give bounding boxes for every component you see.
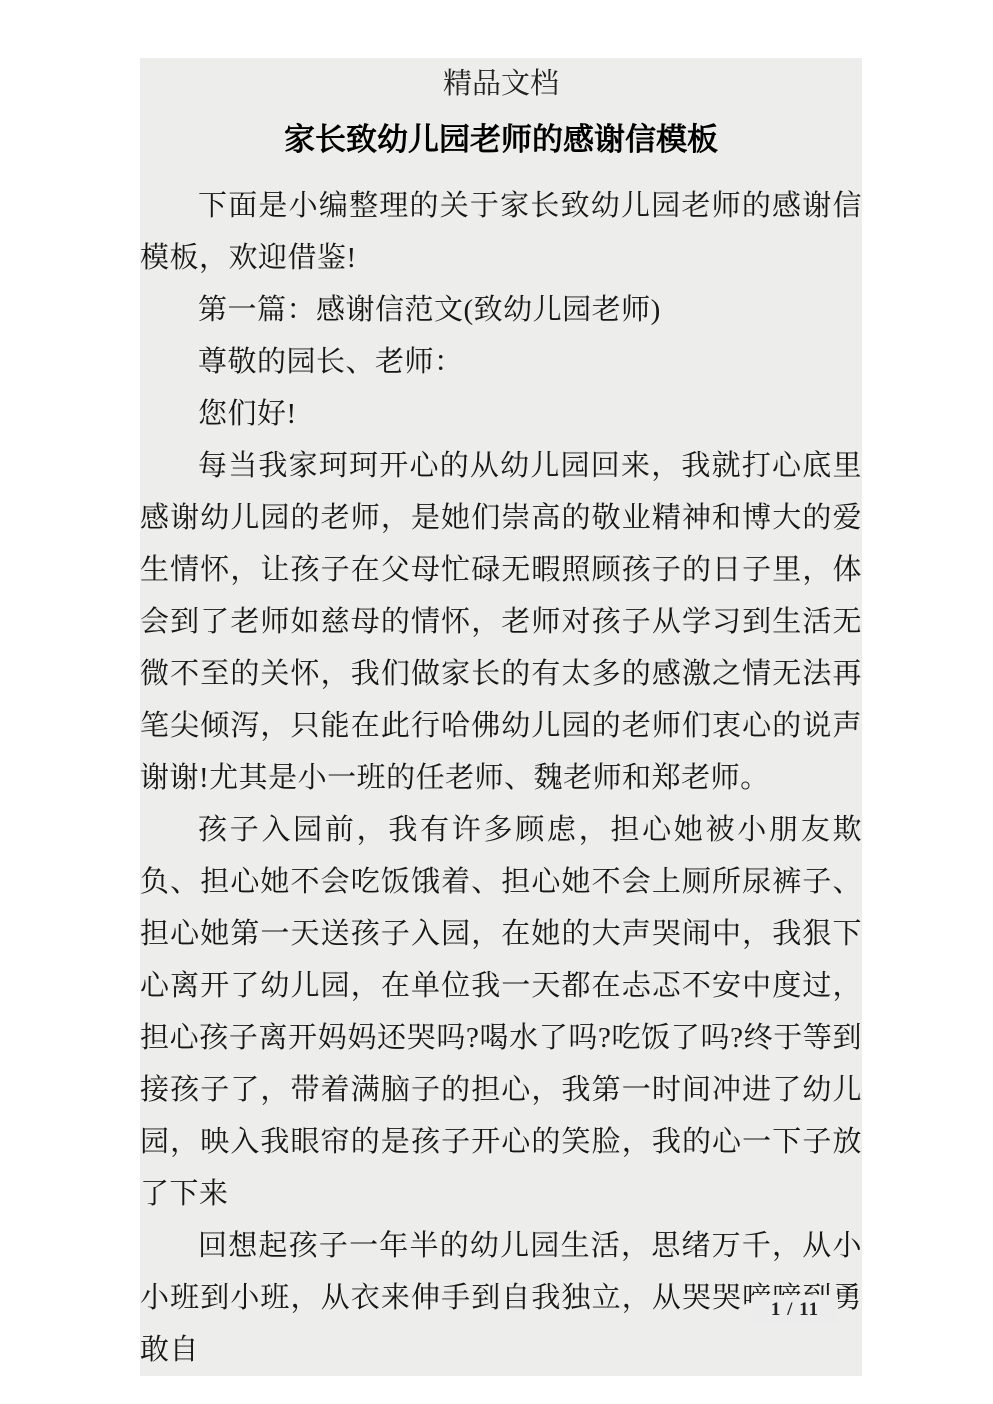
paragraph: 每当我家珂珂开心的从幼儿园回来，我就打心底里感谢幼儿园的老师，是她们崇高的敬业精…	[140, 440, 862, 804]
paragraph: 孩子入园前，我有许多顾虑，担心她被小朋友欺负、担心她不会吃饭饿着、担心她不会上厕…	[140, 804, 862, 1220]
page-number: 1 / 11	[752, 1295, 838, 1325]
page-title: 家长致幼儿园老师的感谢信模板	[140, 112, 862, 168]
scanned-text-block: 精品文档 家长致幼儿园老师的感谢信模板 下面是小编整理的关于家长致幼儿园老师的感…	[140, 58, 862, 1376]
header-note: 精品文档	[140, 58, 862, 110]
paragraph: 尊敬的园长、老师：	[140, 336, 862, 388]
document-page: 精品文档 家长致幼儿园老师的感谢信模板 下面是小编整理的关于家长致幼儿园老师的感…	[0, 0, 993, 1404]
document-body: 下面是小编整理的关于家长致幼儿园老师的感谢信模板，欢迎借鉴!第一篇：感谢信范文(…	[140, 174, 862, 1376]
paragraph: 第一篇：感谢信范文(致幼儿园老师)	[140, 284, 862, 336]
paragraph: 您们好!	[140, 388, 862, 440]
paragraph: 下面是小编整理的关于家长致幼儿园老师的感谢信模板，欢迎借鉴!	[140, 180, 862, 284]
